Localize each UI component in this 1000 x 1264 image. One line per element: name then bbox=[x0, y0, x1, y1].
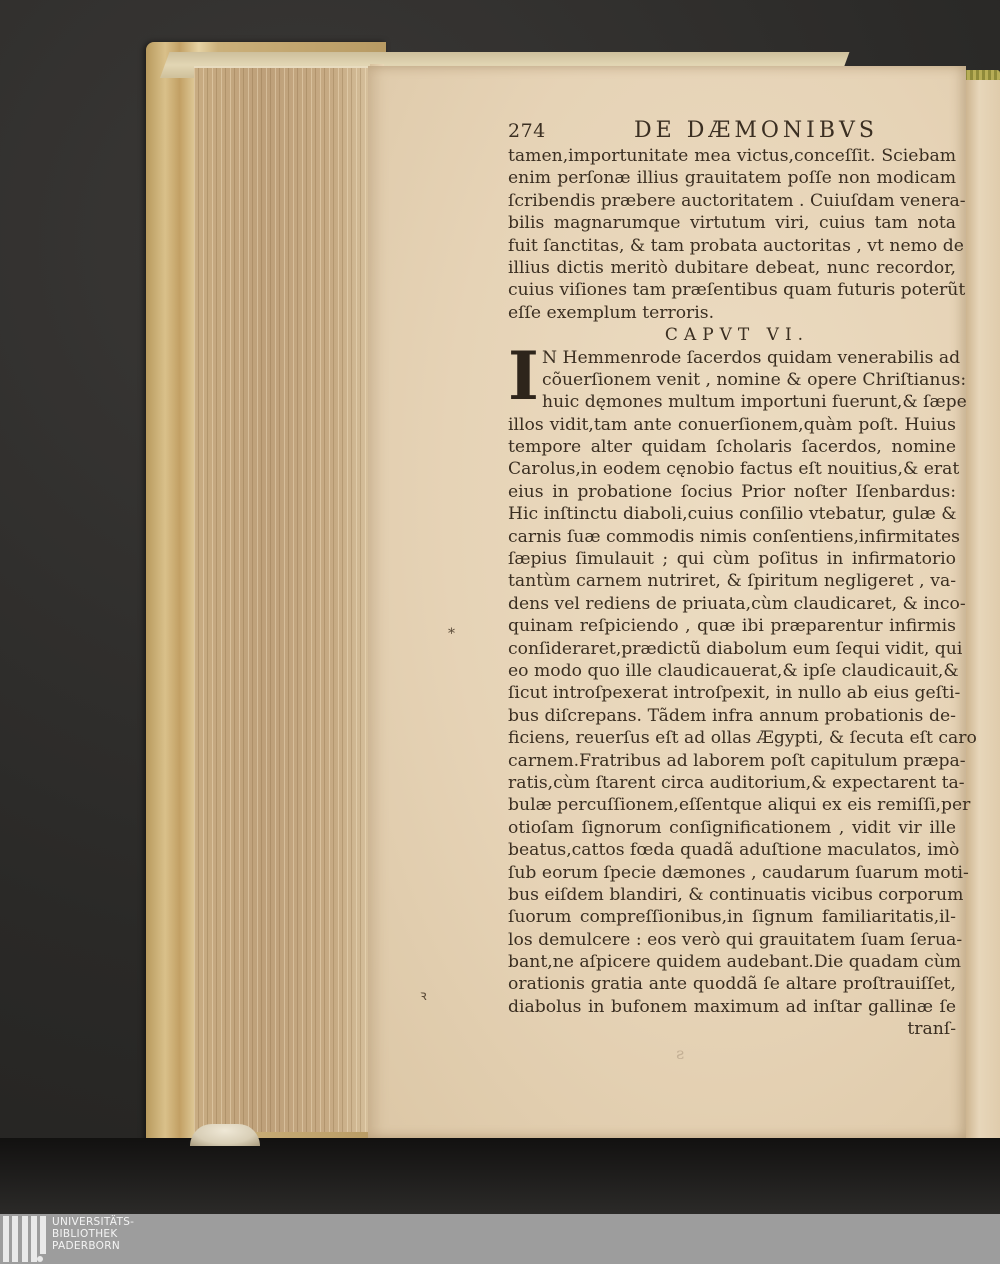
text-line: otioſam ſignorum conſignificationem , vi… bbox=[508, 817, 956, 839]
text-line: bant,ne aſpicere quidem audebant.Die qua… bbox=[508, 951, 956, 973]
facing-page-edge bbox=[962, 80, 1000, 1140]
footer-bar: UNIVERSITÄTS- BIBLIOTHEK PADERBORN bbox=[0, 1214, 1000, 1264]
book-page-curl bbox=[190, 1124, 260, 1146]
text-line: enim perſonæ illius grauitatem poſſe non… bbox=[508, 167, 956, 189]
text-line: ſicut introſpexerat introſpexit, in null… bbox=[508, 682, 956, 704]
catchword: tranſ- bbox=[508, 1018, 956, 1040]
text-line: carnem.Fratribus ad laborem poſt capitul… bbox=[508, 750, 956, 772]
text-line: eſſe exemplum terroris. bbox=[508, 302, 956, 324]
text-line: ſæpius ſimulauit ; qui cùm poſitus in in… bbox=[508, 548, 956, 570]
running-title: DE DÆMONIBVS bbox=[634, 118, 878, 143]
text-line: conſideraret,prædictũ diabolum eum ſequi… bbox=[508, 638, 956, 660]
text-line: dens vel rediens de priuata,cùm claudica… bbox=[508, 593, 956, 615]
text-line: ſcribendis præbere auctoritatem . Cuiuſd… bbox=[508, 190, 956, 212]
text-line: N Hemmenrode ſacerdos quidam venerabilis… bbox=[508, 347, 956, 369]
text-line: quinam reſpiciendo , quæ ibi præparentur… bbox=[508, 615, 956, 637]
text-line: illius dictis meritò dubitare debeat, nu… bbox=[508, 257, 956, 279]
text-line: bus diſcrepans. Tãdem infra annum probat… bbox=[508, 705, 956, 727]
text-line: orationis gratia ante quoddã ſe altare p… bbox=[508, 973, 956, 995]
text-line: eo modo quo ille claudicauerat,& ipſe cl… bbox=[508, 660, 956, 682]
page-number: 274 bbox=[508, 120, 546, 142]
text-line: bus eiſdem blandiri, & continuatis vicib… bbox=[508, 884, 956, 906]
chapter-heading: CAPVT VI. bbox=[508, 324, 956, 346]
text-line: bilis magnarumque virtutum viri, cuius t… bbox=[508, 212, 956, 234]
drop-cap: I bbox=[508, 346, 538, 406]
text-line: Hic inſtinctu diaboli,cuius conſilio vte… bbox=[508, 503, 956, 525]
show-through-mark: ƨ bbox=[676, 1044, 684, 1063]
running-head: 274 DE DÆMONIBVS bbox=[508, 118, 888, 144]
text-line: los demulcere : eos verò qui grauitatem … bbox=[508, 929, 956, 951]
library-logo-dot bbox=[37, 1256, 43, 1262]
text-line: bulæ percuſſionem,eſſentque aliqui ex ei… bbox=[508, 794, 956, 816]
text-line: ſub eorum ſpecie dæmones , caudarum ſuar… bbox=[508, 862, 956, 884]
margin-mark: ꝛ bbox=[420, 986, 427, 1005]
text-line: diabolus in bufonem maximum ad inſtar ga… bbox=[508, 996, 956, 1018]
photo-shadow bbox=[0, 1138, 1000, 1214]
text-line: illos vidit,tam ante conuerſionem,quàm p… bbox=[508, 414, 956, 436]
text-line: carnis ſuæ commodis nimis conſentiens,in… bbox=[508, 526, 956, 548]
text-line: ſuorum compreſſionibus,in ſignum familia… bbox=[508, 906, 956, 928]
text-line: tantùm carnem nutriret, & ſpiritum negli… bbox=[508, 570, 956, 592]
logo-line: PADERBORN bbox=[52, 1240, 134, 1252]
margin-mark: * bbox=[448, 626, 455, 642]
text-line: huic dęmones multum importuni fuerunt,& … bbox=[508, 391, 956, 413]
text-line: cõuerſionem venit , nomine & opere Chriſ… bbox=[508, 369, 956, 391]
library-logo-text: UNIVERSITÄTS- BIBLIOTHEK PADERBORN bbox=[52, 1216, 134, 1252]
text-line: beatus,cattos fœda quadã aduſtione macul… bbox=[508, 839, 956, 861]
text-line: tempore alter quidam ſcholaris ſacerdos,… bbox=[508, 436, 956, 458]
text-line: cuius viſiones tam præſentibus quam futu… bbox=[508, 279, 956, 301]
text-line: ficiens, reuerſus eſt ad ollas Ægypti, &… bbox=[508, 727, 956, 749]
text-line: Carolus,in eodem cęnobio factus eſt noui… bbox=[508, 458, 956, 480]
text-line: fuit ſanctitas, & tam probata auctoritas… bbox=[508, 235, 956, 257]
logo-line: BIBLIOTHEK bbox=[52, 1228, 134, 1240]
book-page-block bbox=[194, 66, 370, 1132]
logo-line: UNIVERSITÄTS- bbox=[52, 1216, 134, 1228]
text-line: eius in probatione ſocius Prior noſter I… bbox=[508, 481, 956, 503]
text-line: ratis,cùm ſtarent circa auditorium,& exp… bbox=[508, 772, 956, 794]
main-text: tamen,importunitate mea victus,conceſſit… bbox=[508, 145, 956, 1041]
text-line: tamen,importunitate mea victus,conceſſit… bbox=[508, 145, 956, 167]
